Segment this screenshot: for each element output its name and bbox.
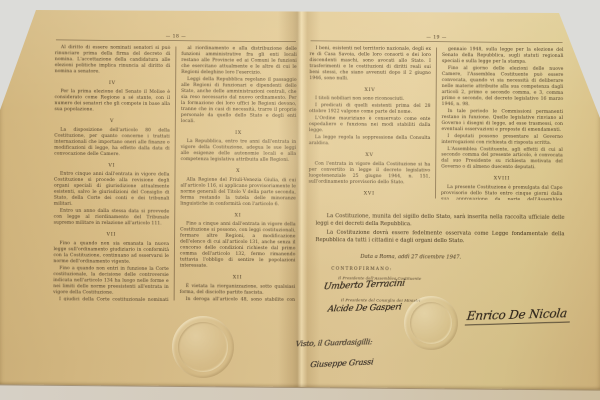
paragraph: Fino a quando non entri in funzione la C… — [53, 265, 169, 296]
section-number: XII — [180, 274, 296, 281]
paragraph: Per la prima elezione del Senato il Moli… — [54, 89, 170, 114]
left-page-column-1: Al diritto di essere nominati senatori s… — [53, 45, 170, 302]
page-left: — 18 — Al diritto di essere nominati sen… — [53, 33, 297, 317]
signature-enrico-de-nicola: Enrico De Nicola — [465, 306, 572, 325]
countersign-heading: CONTROFIRMANO: — [331, 266, 392, 271]
section-number: XVIII — [441, 175, 563, 182]
right-page-column-2: gennaio 1948, sulla legge per la elezion… — [441, 47, 564, 201]
paragraph: I predicati di quelli esistenti prima de… — [309, 103, 431, 116]
paragraph: Con l'entrata in vigore della Costituzio… — [309, 161, 431, 186]
embossed-seal-left — [172, 316, 234, 378]
paragraph: Entro un anno dall'entrata in vigore del… — [308, 199, 429, 200]
right-page-columns: I beni, esistenti nel territorio naziona… — [308, 46, 563, 201]
paragraph: Fino al giorno delle elezioni delle nuov… — [442, 65, 564, 108]
section-number: VI — [54, 162, 170, 169]
paragraph: Alla Regione del Friuli-Venezia Giulia, … — [180, 177, 296, 208]
section-number: IX — [181, 129, 297, 136]
paragraph: al riordinamento e alla distribuzione de… — [181, 46, 297, 77]
page-number-right: — 19 — — [310, 34, 564, 41]
section-number: XI — [180, 212, 296, 219]
closing-paragraph-1: La Costituzione, munita del sigillo dell… — [316, 212, 565, 229]
paragraph: Entro cinque anni dall'entrata in vigore… — [54, 171, 170, 208]
section-number: XVI — [308, 190, 430, 197]
paragraph: Leggi della Repubblica regolano il passa… — [181, 76, 297, 125]
paragraph: La presente Costituzione è promulgata da… — [441, 185, 563, 201]
paragraph: L'Assemblea Costituente, agli effetti di… — [441, 146, 563, 171]
paragraph: In deroga all'articolo 48, sono stabilit… — [179, 296, 295, 302]
right-page-column-1: I beni, esistenti nel territorio naziona… — [308, 46, 431, 200]
section-number: V — [54, 118, 170, 125]
paragraph: Fino a cinque anni dall'entrata in vigor… — [180, 221, 296, 270]
embossed-seal-right — [404, 296, 458, 350]
section-number: X — [181, 168, 297, 175]
closing-paragraph-2: La Costituzione dovrà essere fedelmente … — [315, 229, 564, 246]
section-number: XIV — [309, 87, 431, 94]
photo-of-constitution-document: — 18 — Al diritto di essere nominati sen… — [0, 0, 600, 400]
paragraph: I deputati possono presentare al Governo… — [441, 133, 563, 146]
page-number-left: — 18 — — [55, 33, 297, 40]
paragraph: Al diritto di essere nominati senatori s… — [55, 45, 171, 76]
paragraph: I giudici della Corte costituzionale nom… — [53, 296, 169, 302]
paragraph: L'Ordine mauriziano è conservato come en… — [309, 116, 431, 135]
document-paper-spread: — 18 — Al diritto di essere nominati sen… — [0, 0, 600, 400]
paragraph: La legge regola la soppressione della Co… — [309, 135, 431, 148]
paragraph: La disposizione dell'articolo 80 della C… — [54, 127, 170, 158]
header-rule-right — [311, 41, 563, 43]
column-divider-left — [174, 46, 177, 300]
header-rule-left — [56, 40, 296, 42]
paragraph: I beni, esistenti nel territorio naziona… — [309, 46, 431, 83]
guardasigilli-note: Visto, il Guardasigilli: — [295, 337, 373, 348]
left-page-column-2: al riordinamento e alla distribuzione de… — [180, 46, 297, 303]
closing-formula: La Costituzione, munita del sigillo dell… — [315, 212, 564, 247]
signature-umberto-terracini: Umberto Terracini — [323, 278, 406, 292]
section-number: XV — [309, 152, 431, 159]
section-number: VII — [54, 231, 170, 238]
paragraph: La Repubblica, entro tre anni dall'entra… — [181, 139, 297, 164]
left-page-columns: Al diritto di essere nominati senatori s… — [53, 45, 297, 303]
dateline: Data a Roma, addì 27 dicembre 1947. — [360, 253, 461, 260]
paragraph: Entro un anno dalla stessa data si provv… — [54, 208, 170, 227]
signature-giuseppe-grassi: Giuseppe Grassi — [310, 357, 374, 369]
column-divider-right — [435, 47, 437, 198]
page-right: — 19 — I beni, esistenti nel territorio … — [308, 34, 563, 212]
paragraph: gennaio 1948, sulla legge per la elezion… — [442, 47, 564, 66]
section-number: IV — [55, 80, 171, 87]
paragraph: I titoli nobiliari non sono riconosciuti… — [309, 96, 431, 103]
signature-alcide-de-gasperi: Alcide De Gasperi — [327, 302, 402, 314]
paragraph: In tale periodo le Commissioni permanent… — [441, 108, 563, 133]
paragraph: Fino a quando non sia emanata la nuova l… — [53, 241, 169, 266]
paragraph: È vietata la riorganizzazione, sotto qua… — [180, 283, 296, 296]
